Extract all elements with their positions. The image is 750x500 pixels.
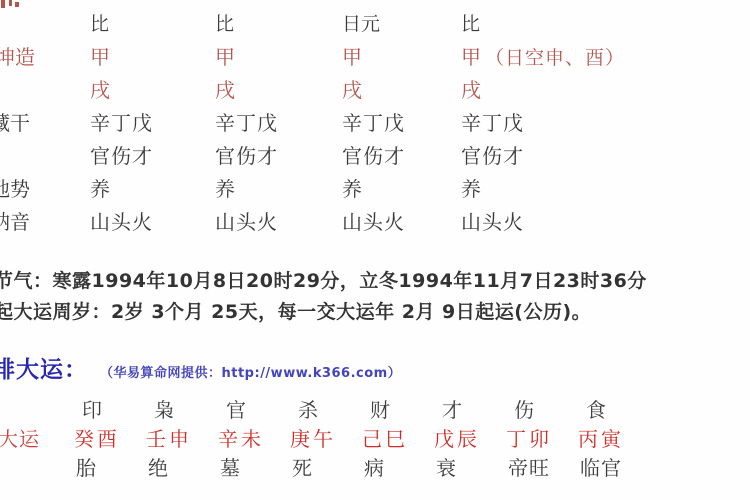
- hidden-stems-hour: 辛丁戊: [461, 107, 750, 136]
- luck-pillar: 癸酉: [74, 423, 146, 452]
- luck-pillar: 丁卯: [506, 423, 578, 452]
- luck-pillar: 戊辰: [434, 423, 506, 452]
- nayin-year: 山头火: [90, 206, 215, 235]
- luck-stages-row: 胎 绝 墓 死 病 衰 帝旺 临官: [0, 452, 750, 481]
- earthly-branch-row: 戌 戌 戌 戌: [0, 72, 750, 105]
- ten-god-hour: 比: [461, 9, 750, 36]
- life-stage-label: 地势: [0, 173, 90, 202]
- luck-pillar: 庚午: [290, 423, 362, 452]
- luck-god: 杀: [290, 394, 362, 423]
- luck-gods-row: 印 枭 官 杀 财 才 伤 食: [0, 394, 750, 423]
- hidden-gods-hour: 官伤才: [461, 140, 750, 169]
- luck-god: 官: [218, 394, 290, 423]
- stem-month: 甲: [215, 41, 342, 70]
- luck-god: 印: [74, 394, 146, 423]
- void-branches-note: （日空申、酉）: [485, 43, 625, 70]
- stem-hour: 甲: [461, 41, 482, 70]
- hidden-gods-row: 官伤才 官伤才 官伤才 官伤才: [0, 138, 750, 171]
- luck-god: 枭: [146, 394, 218, 423]
- luck-stage: 病: [362, 452, 434, 481]
- luck-god: 财: [362, 394, 434, 423]
- luck-stage: 衰: [434, 452, 506, 481]
- luck-cycle-title: 排大运：: [0, 351, 88, 384]
- ten-god-year: 比: [90, 9, 215, 36]
- ten-god-month: 比: [215, 9, 342, 36]
- hidden-stems-row: 藏干 辛丁戊 辛丁戊 辛丁戊 辛丁戊: [0, 105, 750, 138]
- luck-stage: 临官: [578, 452, 650, 481]
- hidden-stems-month: 辛丁戊: [215, 107, 342, 136]
- solar-terms-paragraph: 节气：寒露1994年10月8日20时29分，立冬1994年11月7日23时36分…: [0, 266, 750, 328]
- branch-year: 戌: [90, 74, 215, 103]
- source-site-link[interactable]: （华易算命网提供：http://www.k366.com）: [100, 362, 401, 381]
- luck-start-line: 起大运周岁：2岁 3个月 25天，每一交大运年 2月 9日起运(公历)。: [0, 297, 750, 328]
- luck-pillars-row: 大运 癸酉 壬申 辛未 庚午 己巳 戊辰 丁卯 丙寅: [0, 423, 750, 452]
- stem-day: 甲: [342, 41, 461, 70]
- luck-stage: 墓: [218, 452, 290, 481]
- ten-god-header-row: 比 比 日元 比: [0, 6, 750, 39]
- four-pillars-table: 比 比 日元 比 坤造 甲 甲 甲 甲 （日空申、酉） 戌 戌 戌 戌 藏干 辛…: [0, 6, 750, 237]
- hidden-gods-month: 官伤才: [215, 140, 342, 169]
- hidden-stems-label: 藏干: [0, 107, 90, 136]
- luck-god: 才: [434, 394, 506, 423]
- luck-pillar: 辛未: [218, 423, 290, 452]
- life-stage-row: 地势 养 养 养 养: [0, 171, 750, 204]
- luck-pillar: 己巳: [362, 423, 434, 452]
- branch-day: 戌: [342, 74, 461, 103]
- nayin-day: 山头火: [342, 206, 461, 235]
- hidden-stems-year: 辛丁戊: [90, 107, 215, 136]
- life-stage-month: 养: [215, 173, 342, 202]
- nayin-hour: 山头火: [461, 206, 750, 235]
- luck-cycle-header: 排大运： （华易算命网提供：http://www.k366.com）: [0, 351, 401, 384]
- heavenly-stem-row: 坤造 甲 甲 甲 甲 （日空申、酉）: [0, 39, 750, 72]
- luck-pillar: 壬申: [146, 423, 218, 452]
- nayin-label: 纳音: [0, 206, 90, 235]
- life-stage-day: 养: [342, 173, 461, 202]
- nayin-row: 纳音 山头火 山头火 山头火 山头火: [0, 204, 750, 237]
- ten-god-day: 日元: [342, 9, 461, 36]
- solar-terms-line: 节气：寒露1994年10月8日20时29分，立冬1994年11月7日23时36分: [0, 266, 750, 297]
- bazi-chart-page: 比 比 日元 比 坤造 甲 甲 甲 甲 （日空申、酉） 戌 戌 戌 戌 藏干 辛…: [0, 0, 750, 500]
- luck-stage: 绝: [146, 452, 218, 481]
- luck-stage: 死: [290, 452, 362, 481]
- life-stage-hour: 养: [461, 173, 750, 202]
- nayin-month: 山头火: [215, 206, 342, 235]
- branch-hour: 戌: [461, 74, 750, 103]
- chart-owner-label: 坤造: [0, 41, 90, 70]
- luck-god: 伤: [506, 394, 578, 423]
- luck-stage: 胎: [74, 452, 146, 481]
- luck-pillar: 丙寅: [578, 423, 650, 452]
- life-stage-year: 养: [90, 173, 215, 202]
- hidden-stems-day: 辛丁戊: [342, 107, 461, 136]
- luck-stage: 帝旺: [506, 452, 578, 481]
- luck-cycle-row-label: 大运: [0, 423, 74, 452]
- branch-month: 戌: [215, 74, 342, 103]
- hidden-gods-year: 官伤才: [90, 140, 215, 169]
- hidden-gods-day: 官伤才: [342, 140, 461, 169]
- luck-god: 食: [578, 394, 650, 423]
- stem-year: 甲: [90, 41, 215, 70]
- luck-cycle-table: 印 枭 官 杀 财 才 伤 食 大运 癸酉 壬申 辛未 庚午 己巳 戊辰 丁卯 …: [0, 394, 750, 481]
